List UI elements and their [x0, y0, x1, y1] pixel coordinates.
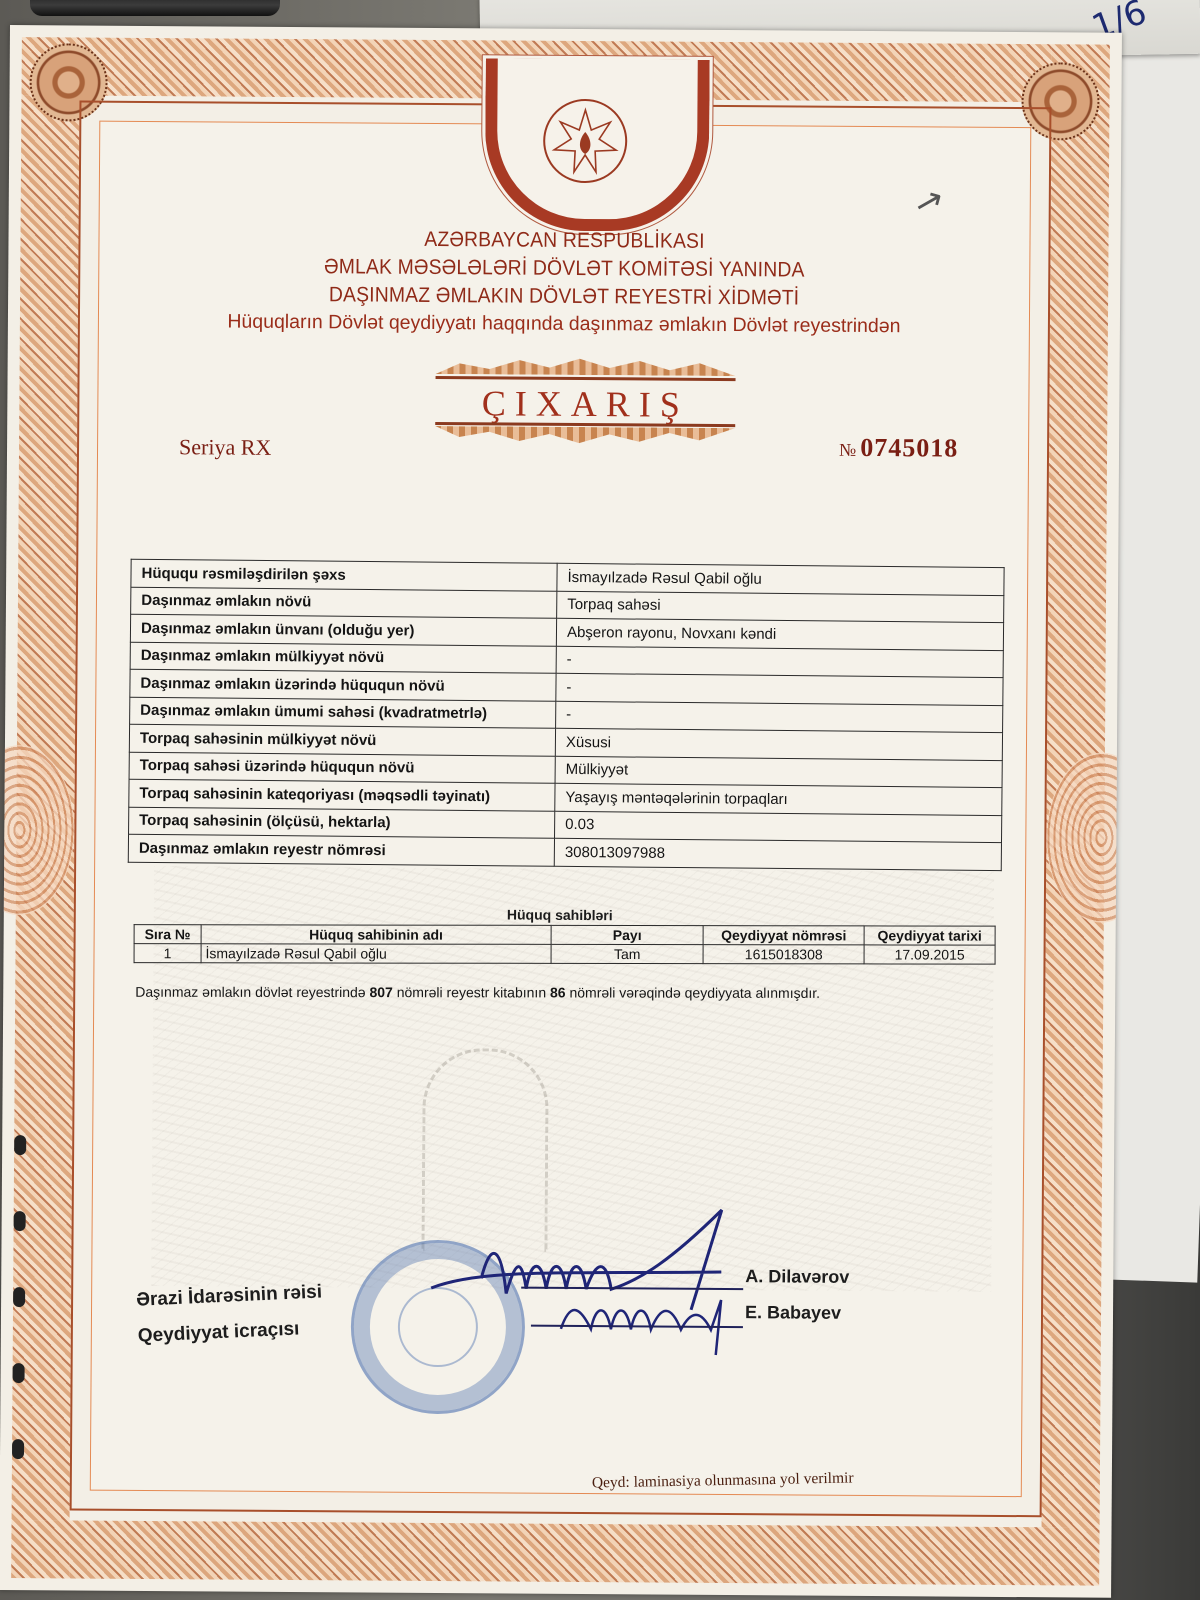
state-emblem-icon [543, 99, 628, 184]
info-label: Torpaq sahəsinin (ölçüsü, hektarla) [129, 807, 555, 839]
number-value: 0745018 [860, 433, 958, 463]
info-label: Daşınmaz əmlakın üzərində hüququn növü [130, 669, 556, 701]
book-number: 807 [369, 984, 392, 1000]
info-label: Daşınmaz əmlakın ünvanı (olduğu yer) [130, 614, 556, 646]
info-label: Torpaq sahəsinin mülkiyyət növü [129, 724, 555, 756]
handwritten-signatures [421, 1198, 752, 1360]
series-label: Seriya RX [179, 434, 271, 461]
registry-note: Daşınmaz əmlakın dövlət reyestrində 807 … [135, 984, 820, 1001]
owner-share: Tam [551, 944, 703, 963]
info-value: - [556, 701, 1003, 733]
info-label: Hüququ rəsmiləşdirilən şəxs [131, 559, 557, 591]
info-label: Daşınmaz əmlakın mülkiyyət növü [130, 642, 556, 674]
owner-reg-number: 1615018308 [703, 945, 864, 964]
pen [30, 0, 280, 16]
info-value: Torpaq sahəsi [557, 591, 1004, 623]
info-label: Torpaq sahəsi üzərində hüququn növü [129, 752, 555, 784]
registry-note-text: Daşınmaz əmlakın dövlət reyestrində [135, 984, 369, 1000]
col-header-share: Payı [551, 925, 703, 944]
info-value: İsmayılzadə Rəsul Qabil oğlu [557, 563, 1004, 595]
owner-no: 1 [134, 944, 201, 963]
owners-row: 1 İsmayılzadə Rəsul Qabil oğlu Tam 16150… [134, 944, 995, 965]
registry-note-text: nömrəli vərəqində qeydiyyata alınmışdır. [566, 984, 820, 1000]
info-value: 0.03 [555, 811, 1002, 843]
signatory-name-head: A. Dilavərov [745, 1258, 849, 1295]
info-label: Daşınmaz əmlakın reyestr nömrəsi [128, 834, 554, 866]
info-label: Daşınmaz əmlakın növü [131, 587, 557, 619]
col-header-no: Sıra № [134, 925, 201, 944]
info-label: Daşınmaz əmlakın ümumi sahəsi (kvadratme… [130, 697, 556, 729]
owner-name: İsmayılzadə Rəsul Qabil oğlu [201, 944, 551, 964]
col-header-reg-number: Qeydiyyat nömrəsi [703, 926, 864, 945]
col-header-name: Hüquq sahibinin adı [201, 925, 551, 945]
info-value: Mülkiyyət [555, 756, 1002, 788]
issuer-header: AZƏRBAYCAN RESPUBLİKASI ƏMLAK MƏSƏLƏLƏRİ… [8, 223, 1121, 315]
document-number: №0745018 [839, 433, 958, 464]
owner-reg-date: 17.09.2015 [864, 945, 995, 964]
signatory-names: A. Dilavərov E. Babayev [745, 1258, 850, 1331]
document-title: ÇIXARIŞ [435, 382, 735, 426]
owners-header-row: Sıra № Hüquq sahibinin adı Payı Qeydiyya… [134, 925, 995, 946]
number-sign: № [839, 440, 856, 460]
registry-note-text: nömrəli reyestr kitabının [393, 984, 550, 1000]
title-rule [436, 376, 736, 381]
signatory-titles: Ərazi İdarəsinin rəisi Qeydiyyat icraçıs… [135, 1274, 324, 1354]
title-wave-ornament [436, 356, 736, 376]
info-value: Xüsusi [555, 728, 1002, 760]
info-value: - [556, 673, 1003, 705]
title-band: ÇIXARIŞ [435, 356, 736, 444]
property-info-table: Hüququ rəsmiləşdirilən şəxsİsmayılzadə R… [128, 559, 1005, 871]
info-label: Torpaq sahəsinin kateqoriyası (məqsədli … [129, 779, 555, 811]
info-value: - [556, 646, 1003, 678]
info-value: 308013097988 [554, 838, 1001, 870]
info-value: Yaşayış məntəqələrinin torpaqları [555, 783, 1002, 815]
info-value: Abşeron rayonu, Novxanı kəndi [556, 618, 1003, 650]
signatory-name-registrar: E. Babayev [745, 1294, 849, 1331]
col-header-reg-date: Qeydiyyat tarixi [864, 926, 995, 945]
owners-table: Sıra № Hüquq sahibinin adı Payı Qeydiyya… [134, 924, 996, 965]
certificate-document: ↗ AZƏRBAYCAN RESPUBLİKASI ƏMLAK MƏSƏLƏLƏ… [0, 25, 1122, 1598]
page-number: 86 [550, 984, 566, 1000]
